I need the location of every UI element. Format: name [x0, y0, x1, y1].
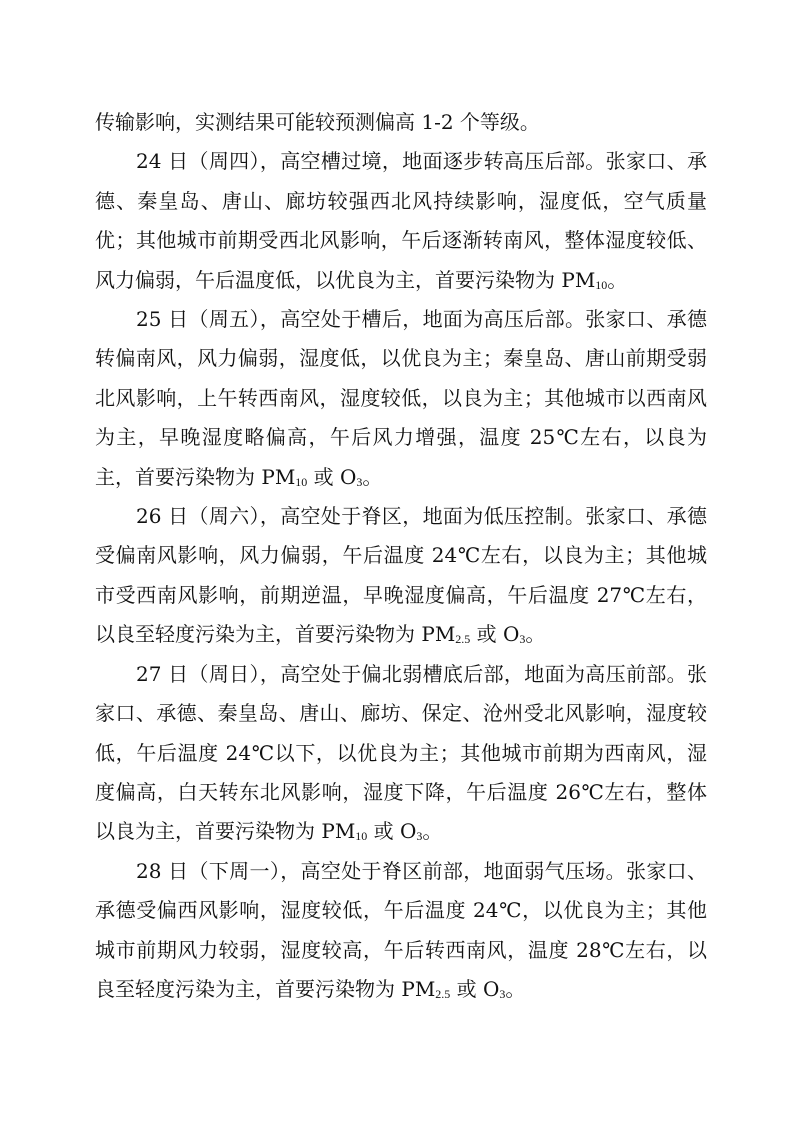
subscript: 2.5	[455, 632, 470, 646]
subscript: 10	[355, 829, 367, 843]
paragraph-day-28: 28 日（下周一），高空处于脊区前部，地面弱气压场。张家口、承德受偏西风影响，湿…	[95, 852, 707, 1010]
paragraph-text: 或 O	[470, 622, 519, 646]
paragraph-text: 27 日（周日），高空处于偏北弱槽底后部，地面为高压前部。张家口、承德、秦皇岛、…	[95, 662, 707, 844]
paragraph-day-26: 26 日（周六），高空处于脊区，地面为低压控制。张家口、承德受偏南风影响，风力偏…	[95, 497, 707, 655]
paragraph-text: 。	[422, 819, 442, 843]
paragraph-continuation: 传输影响，实测结果可能较预测偏高 1-2 个等级。	[95, 103, 707, 142]
subscript: 10	[595, 278, 607, 292]
paragraph-text: 或 O	[450, 977, 499, 1001]
paragraph-text: 传输影响，实测结果可能较预测偏高 1-2 个等级。	[95, 110, 540, 134]
paragraph-text: 。	[607, 268, 627, 292]
subscript: 10	[295, 475, 307, 489]
paragraph-day-25: 25 日（周五），高空处于槽后，地面为高压后部。张家口、承德转偏南风，风力偏弱，…	[95, 300, 707, 497]
subscript: 2.5	[435, 987, 450, 1001]
paragraph-text: 或 O	[307, 465, 356, 489]
paragraph-text: 。	[525, 622, 545, 646]
paragraph-day-24: 24 日（周四），高空槽过境，地面逐步转高压后部。张家口、承德、秦皇岛、唐山、廊…	[95, 142, 707, 300]
paragraph-text: 或 O	[367, 819, 416, 843]
paragraph-text: 25 日（周五），高空处于槽后，地面为高压后部。张家口、承德转偏南风，风力偏弱，…	[95, 307, 707, 489]
document-page: 传输影响，实测结果可能较预测偏高 1-2 个等级。 24 日（周四），高空槽过境…	[95, 103, 707, 1009]
paragraph-text: 26 日（周六），高空处于脊区，地面为低压控制。张家口、承德受偏南风影响，风力偏…	[95, 504, 707, 646]
paragraph-text: 。	[362, 465, 382, 489]
paragraph-text: 28 日（下周一），高空处于脊区前部，地面弱气压场。张家口、承德受偏西风影响，湿…	[95, 859, 707, 1001]
paragraph-text: 。	[505, 977, 525, 1001]
paragraph-day-27: 27 日（周日），高空处于偏北弱槽底后部，地面为高压前部。张家口、承德、秦皇岛、…	[95, 655, 707, 852]
